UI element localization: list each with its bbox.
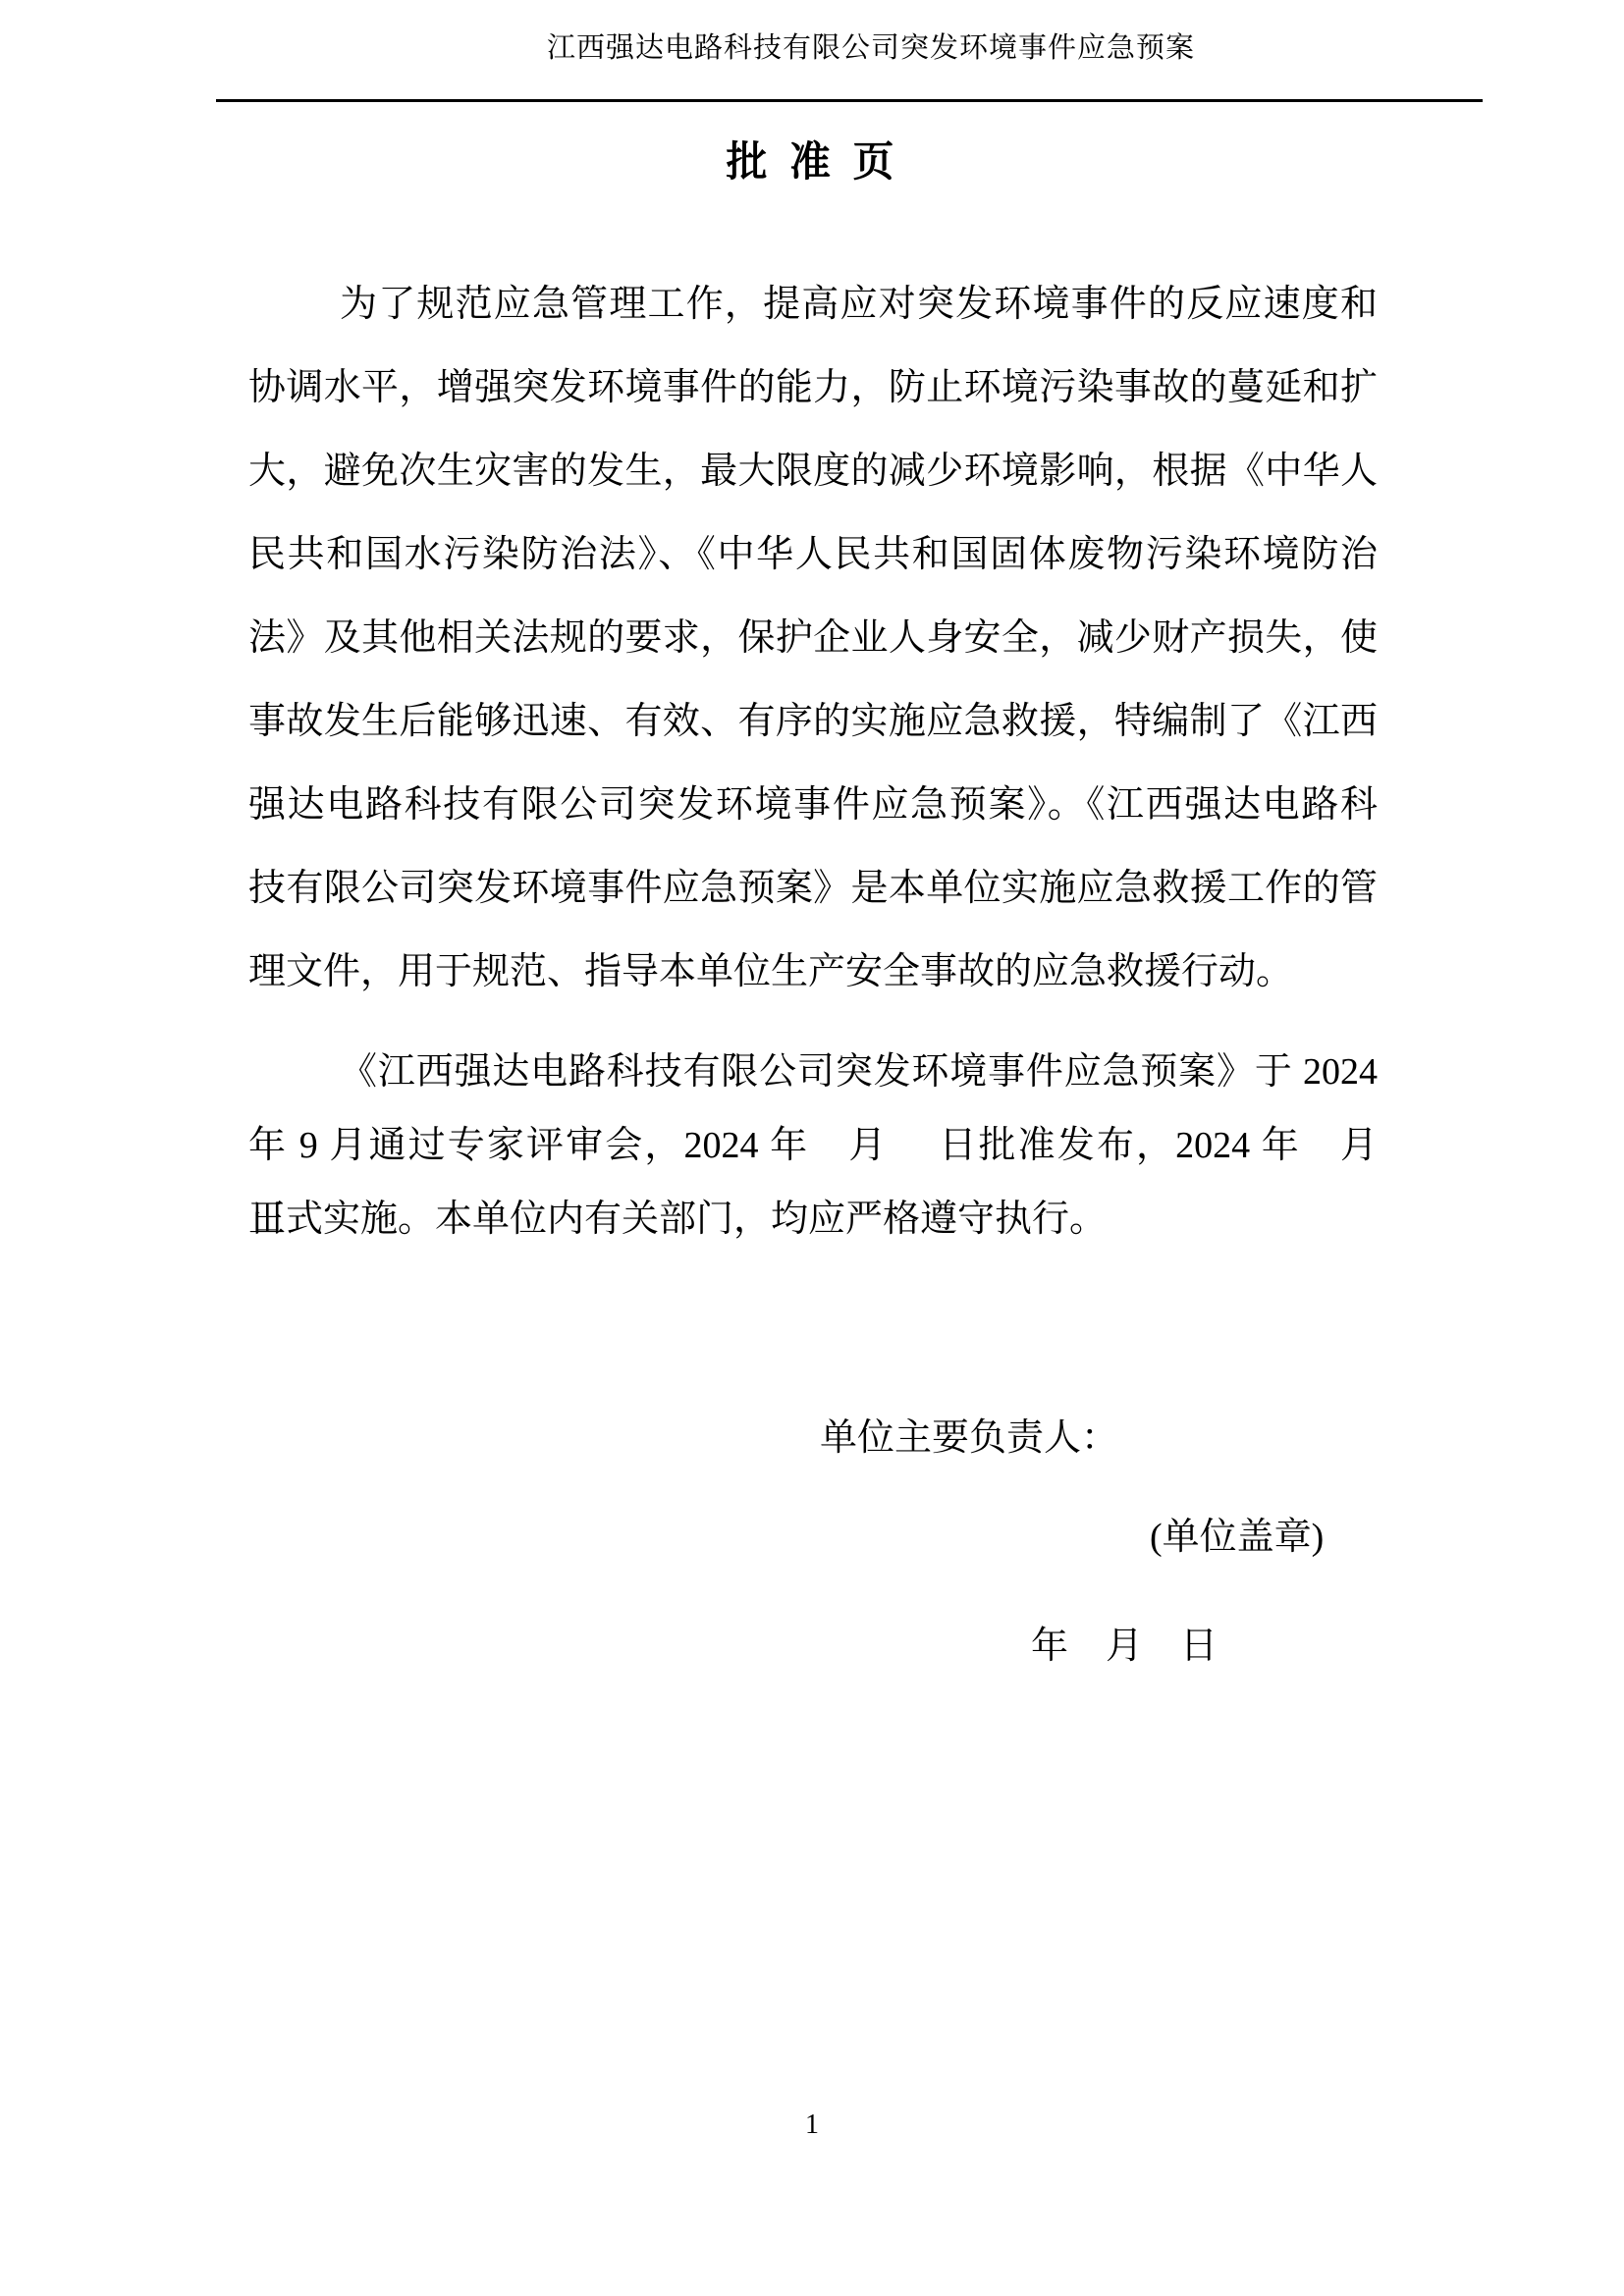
signature-date-line: 年 月 日: [1031, 1628, 1218, 1665]
signature-responsible-label: 单位主要负责人：: [820, 1419, 1118, 1457]
text-line: 正式实施。本单位内有关部门，均应严格遵守执行。: [248, 1183, 1378, 1256]
text-line: 法》及其他相关法规的要求，保护企业人身安全，减少财产损失，使: [248, 597, 1378, 680]
text-line: 民共和国水污染防治法》、《中华人民共和国固体废物污染环境防治: [248, 513, 1378, 597]
header-divider: [216, 99, 1483, 102]
text-line: 强达电路科技有限公司突发环境事件应急预案》。《江西强达电路科: [248, 764, 1378, 847]
approval-paragraph-2: 《江西强达电路科技有限公司突发环境事件应急预案》于 2024 年 9 月通过专家…: [248, 1036, 1378, 1256]
approval-paragraph-1: 为了规范应急管理工作，提高应对突发环境事件的反应速度和 协调水平，增强突发环境事…: [248, 263, 1378, 1014]
text-line: 技有限公司突发环境事件应急预案》是本单位实施应急救援工作的管: [248, 847, 1378, 931]
signature-seal-note: (单位盖章): [1150, 1519, 1324, 1556]
text-line: 事故发生后能够迅速、有效、有序的实施应急救援，特编制了《江西: [248, 680, 1378, 764]
document-header-text: 江西强达电路科技有限公司突发环境事件应急预案: [118, 33, 1624, 65]
text-line: 大，避免次生灾害的发生，最大限度的减少环境影响，根据《中华人: [248, 430, 1378, 513]
document-page: 江西强达电路科技有限公司突发环境事件应急预案 批 准 页 为了规范应急管理工作，…: [0, 0, 1624, 2296]
text-line: 协调水平，增强突发环境事件的能力，防止环境污染事故的蔓延和扩: [248, 347, 1378, 430]
text-line: 为了规范应急管理工作，提高应对突发环境事件的反应速度和: [248, 263, 1378, 347]
page-title: 批 准 页: [248, 140, 1378, 186]
text-line: 《江西强达电路科技有限公司突发环境事件应急预案》于 2024: [248, 1036, 1378, 1109]
page-number: 1: [0, 2110, 1624, 2141]
text-line: 年 9 月通过专家评审会，2024 年 月 日批准发布，2024 年 月 日: [248, 1109, 1378, 1183]
text-line: 理文件，用于规范、指导本单位生产安全事故的应急救援行动。: [248, 931, 1378, 1014]
